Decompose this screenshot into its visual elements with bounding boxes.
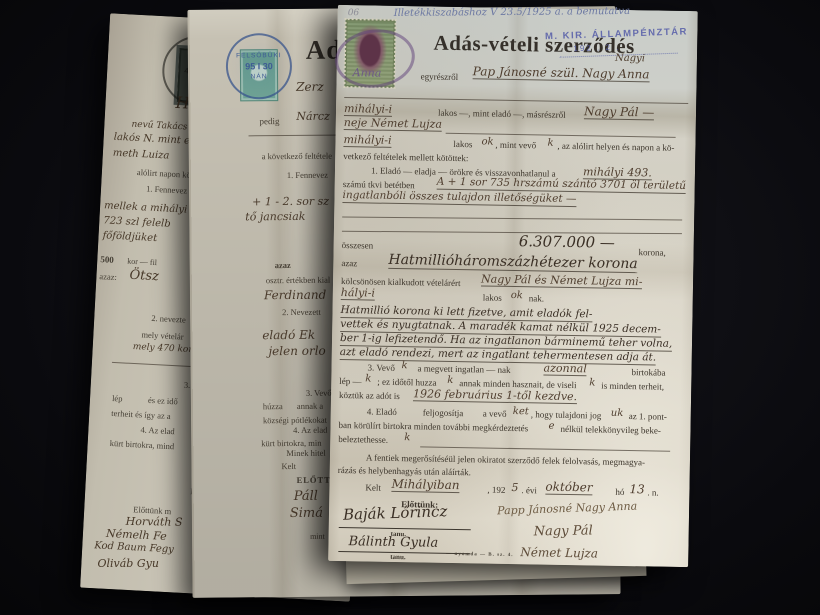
- handwriting-fragment: jelen orlo: [268, 345, 325, 357]
- printed-text: lakos: [483, 293, 502, 302]
- printed-fragment: pedig: [259, 117, 279, 126]
- printed-fragment: mint: [310, 533, 325, 541]
- printed-text: , 192: [487, 486, 505, 495]
- handwritten-text: e: [548, 422, 554, 432]
- handwritten-month: október: [545, 481, 592, 496]
- printed-text: azaz: [341, 259, 357, 268]
- handwritten-place: Mihályiban: [391, 478, 459, 493]
- handwriting-fragment: 723 szl felelb: [103, 216, 171, 230]
- printed-text: nak.: [529, 294, 544, 303]
- signature: Páll: [294, 490, 318, 503]
- pencil-mark: 06: [348, 9, 360, 18]
- printed-text: nélkül telekkönyvileg beke-: [560, 425, 661, 436]
- printed-fragment: Kelt: [281, 462, 296, 471]
- printed-fragment: osztr. értékben kial: [266, 276, 331, 285]
- handwriting-fragment: mely 470 kor: [133, 343, 193, 355]
- printed-text: köztük az adót is: [339, 391, 400, 401]
- printed-fragment: 1. Fennevez: [146, 184, 187, 195]
- top-annotation: Illetékkiszabáshoz V 23.5/1925 a. a bemu…: [394, 7, 630, 19]
- printed-text: . évi: [521, 486, 537, 495]
- handwritten-name: neje Német Lujza: [344, 117, 442, 132]
- printed-text: . n.: [647, 488, 658, 497]
- treasury-stamp-date: 192 . 2 .: [573, 41, 688, 53]
- signature: Kod Baum Fegy: [94, 541, 174, 555]
- printed-text: , mint vevő: [495, 141, 536, 151]
- printer-imprint: — nyomda — B. sz. 4.: [446, 552, 513, 558]
- ruled-line: [446, 133, 676, 138]
- ruled-line: [342, 216, 682, 220]
- document-front: 06 Illetékkiszabáshoz V 23.5/1925 a. a b…: [328, 5, 698, 567]
- handwritten-text: k: [589, 378, 595, 388]
- postmark-middle: FELSŐBÜKI 95 I 30 NÁN: [226, 33, 293, 100]
- handwritten-sum-words: Hatmillióháromszázhétezer korona: [388, 253, 638, 273]
- handwritten-text: azonnal: [543, 363, 586, 377]
- printed-text: lakos: [453, 140, 472, 149]
- printed-fragment: azaz: [275, 261, 291, 270]
- ruled-line: [420, 446, 670, 451]
- handwritten-text: k: [401, 361, 407, 371]
- printed-fragment: 2. nevezte: [151, 314, 186, 324]
- handwritten-text: k: [547, 139, 553, 149]
- handwritten-text: k: [447, 376, 453, 386]
- printed-text: lép —: [339, 377, 361, 386]
- ruled-line: [249, 134, 349, 136]
- printed-text: lakos —, mint eladó —, másrészről: [438, 109, 566, 120]
- printed-text: birtokába: [631, 368, 665, 378]
- printed-fragment: és ez idő: [148, 396, 178, 406]
- printed-fragment: terheit és így az a: [111, 409, 171, 421]
- signature: Nagy Pál: [534, 524, 593, 538]
- handwritten-day: 13: [629, 483, 644, 495]
- handwriting-fragment: Ötsz: [129, 269, 159, 284]
- printed-text: 3. Vevő: [367, 363, 394, 372]
- handwriting-fragment: mellek a mihályi: [104, 201, 188, 215]
- handwritten-text: uk: [611, 409, 624, 419]
- signature: Horváth S: [126, 516, 183, 528]
- handwritten-name: Pap Jánosné szül. Nagy Anna: [473, 65, 650, 82]
- interline-script: Nagyi: [615, 54, 645, 65]
- handwritten-text: ok: [481, 137, 493, 147]
- printed-text: korona,: [639, 248, 666, 257]
- witness-label: tanu.: [390, 554, 405, 561]
- printed-text: egyrészről: [421, 72, 459, 82]
- postmark-town: FELSŐBÜKI: [236, 52, 282, 59]
- printed-text: rázás és helybenhagyás után aláírták.: [338, 466, 471, 477]
- printed-text: Kelt: [365, 483, 381, 492]
- handwriting-fragment: Ferdinand: [264, 289, 326, 302]
- printed-fragment: 2. Nevezett: [282, 308, 321, 317]
- printed-text: beleztethesse.: [338, 435, 388, 445]
- handwriting-fragment: Nárcz: [296, 111, 330, 122]
- handwriting-fragment: Zerz: [296, 81, 324, 93]
- handwritten-sum: 6.307.000 —: [519, 234, 615, 251]
- signature: Baják Lőrincz: [343, 504, 448, 523]
- printed-fragment: húzza: [263, 402, 283, 411]
- printed-text: összesen: [342, 241, 374, 251]
- printed-text: az 1. pont-: [629, 412, 667, 422]
- handwritten-text: hályi-i: [341, 287, 375, 301]
- printed-fragment: kürt birtokra, mind: [110, 439, 175, 451]
- printed-text: a megvett ingatlan — nak: [417, 364, 510, 375]
- handwritten-text: k: [404, 433, 410, 443]
- printed-fragment: kürt birtokra, min: [261, 439, 321, 448]
- printed-fragment: lép: [112, 394, 123, 403]
- handwritten-text: 1926 februárius 1-től kezdve.: [413, 388, 577, 404]
- signature: Német Lujza: [520, 546, 598, 559]
- printed-text: feljogosítja: [423, 408, 464, 418]
- printed-text: , az alólirt helyen és napon a kö-: [557, 142, 674, 153]
- printed-fragment: községi pótlékokat: [263, 416, 327, 425]
- signature: Simá: [290, 507, 323, 520]
- printed-fragment: mely vételár: [141, 330, 184, 341]
- printed-fragment: azaz:: [99, 272, 117, 281]
- handwriting-fragment: + 1 - 2. sor sz: [252, 196, 329, 208]
- handwritten-text: mihályi-i: [343, 134, 391, 148]
- handwritten-text: k: [365, 374, 371, 384]
- printed-fragment: 4. Az elad: [293, 426, 327, 435]
- handwritten-text: Nagy Pál és Német Lujza mi-: [481, 273, 643, 289]
- printed-text: , hogy tulajdoni jog: [531, 410, 602, 420]
- printed-fragment: 1. Fennevez: [287, 171, 328, 180]
- printed-fragment: a következő feltétele: [262, 152, 332, 161]
- printed-text: vetkező feltételek mellett kötöttek:: [343, 152, 468, 163]
- printed-text: ban körülírt birtokra minden további meg…: [338, 421, 528, 433]
- handwritten-text: ingatlanbóli összes tulajdon illetőségük…: [342, 190, 576, 207]
- signature: Oliváb Gyu: [97, 558, 158, 569]
- signature: Bálinth Gyula: [348, 535, 438, 550]
- handwriting-fragment: tő jancsiak: [245, 211, 305, 223]
- stamp-overwrite-script: Anna: [353, 67, 382, 78]
- ruled-line: [344, 97, 688, 104]
- postmark-bottom: NÁN: [251, 73, 268, 80]
- postmark-date: 95 I 30: [245, 61, 273, 71]
- handwritten-name: Nagy Pál —: [584, 105, 655, 120]
- handwritten-text: mihályi-i: [344, 103, 392, 117]
- treasury-stamp-text: M. KIR. ÁLLAMPÉNZTÁR: [545, 27, 688, 41]
- photograph-scene: 1 4 I 10 Hely nevű Takács Eras lakós N. …: [0, 0, 820, 615]
- handwritten-text: ok: [511, 291, 523, 301]
- signature: Némelh Fe: [106, 528, 167, 542]
- handwritten-year: 5: [511, 482, 518, 493]
- printed-text: hó: [615, 488, 624, 497]
- printed-text: a vevő: [483, 409, 507, 418]
- handwritten-text: ket: [513, 407, 529, 417]
- printed-text: is minden terheit,: [601, 382, 664, 392]
- signature: Papp Jánosné Nagy Anna: [497, 501, 637, 517]
- printed-fragment: 4. Az elad: [140, 425, 175, 435]
- printed-fragment: Minek hitel: [286, 449, 326, 458]
- handwriting-fragment: meth Luiza: [113, 149, 170, 162]
- handwriting-fragment: főföldjüket: [102, 231, 157, 244]
- printed-fragment: ELŐTT: [297, 476, 331, 485]
- printed-text: ; ez időtől huzza: [377, 378, 436, 388]
- printed-text: 4. Eladó: [367, 407, 397, 417]
- printed-fragment: kor — fil: [127, 258, 157, 268]
- printed-fragment: 500: [100, 255, 114, 265]
- printed-fragment: annak a: [297, 402, 323, 411]
- ruled-line: [342, 231, 682, 234]
- handwriting-fragment: eladó Ek: [262, 329, 315, 341]
